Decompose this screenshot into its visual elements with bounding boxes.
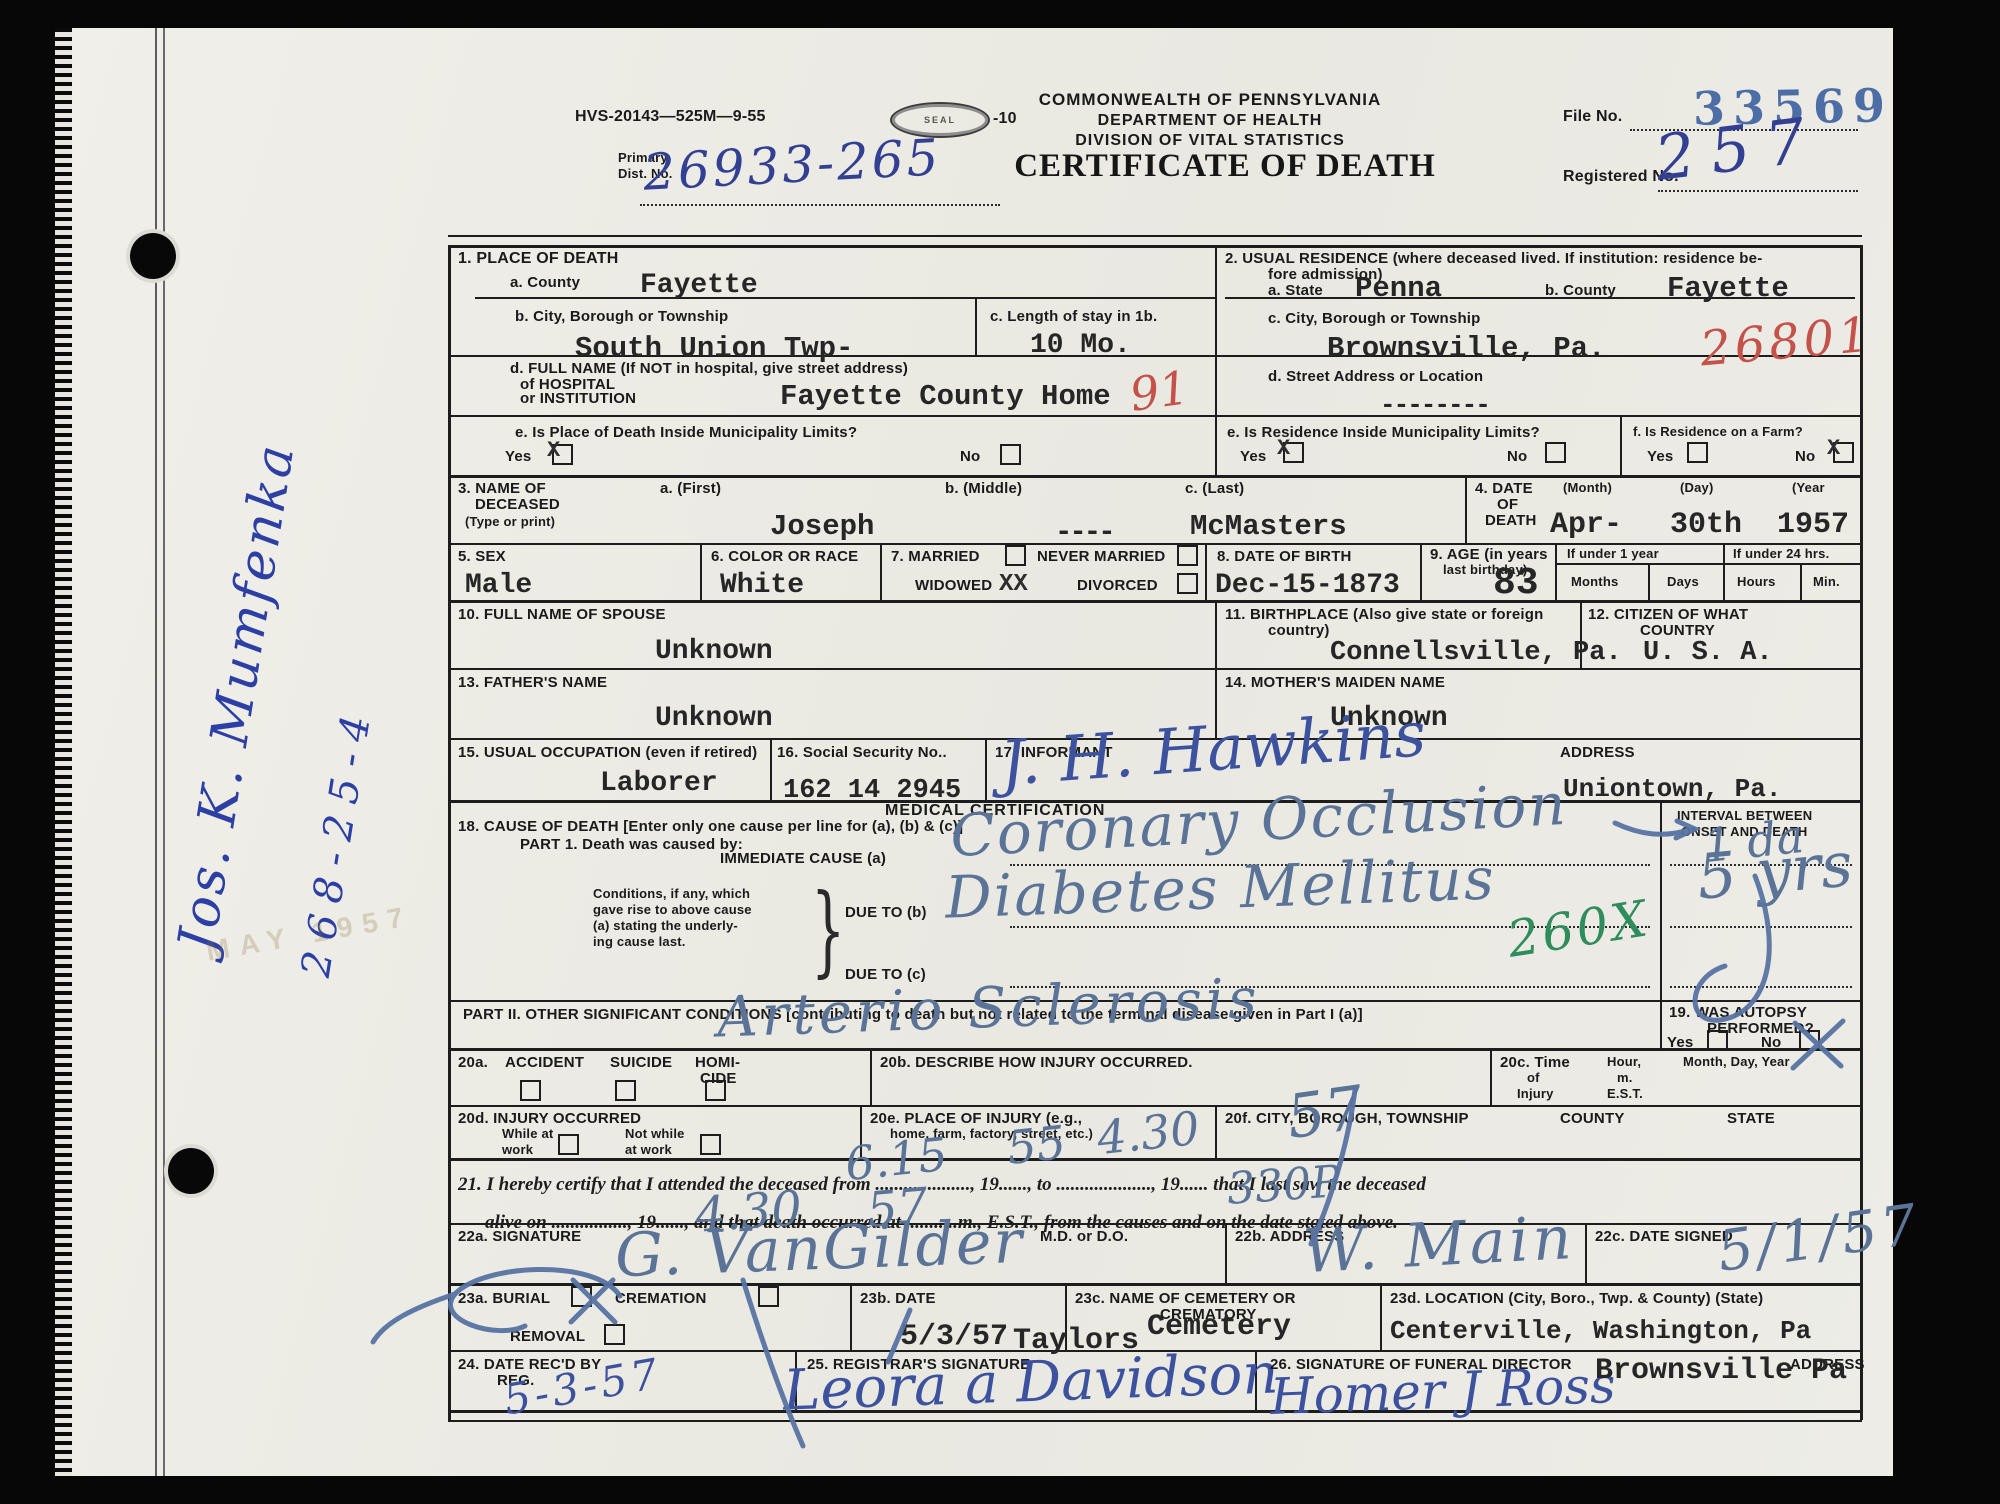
rule: [1420, 543, 1422, 600]
s6-label: 6. COLOR OR RACE: [711, 548, 858, 565]
s23c-value2: Cemetery: [1147, 1310, 1291, 1344]
s8-value: Dec-15-1873: [1215, 570, 1400, 601]
s23a-burial-checkbox[interactable]: [571, 1286, 592, 1307]
s20b-label: 20b. DESCRIBE HOW INJURY OCCURRED.: [880, 1054, 1193, 1071]
s7-widowed-label: WIDOWED: [915, 577, 992, 594]
rule: [700, 543, 702, 600]
dept-line2: DEPARTMENT OF HEALTH: [960, 112, 1460, 130]
s10-label: 10. FULL NAME OF SPOUSE: [458, 606, 666, 623]
rule: [448, 245, 451, 1420]
s18-immediate-label: IMMEDIATE CAUSE (a): [720, 850, 886, 867]
s7-divorced-checkbox[interactable]: [1177, 573, 1198, 594]
rule: [985, 738, 987, 800]
rule: [448, 1420, 1862, 1422]
punch-hole: [130, 233, 176, 279]
s2f-label: f. Is Residence on a Farm?: [1633, 424, 1803, 439]
s20a-accident-checkbox[interactable]: [520, 1080, 541, 1101]
s20d-not1: Not while: [625, 1126, 685, 1141]
s2d-value: --------: [1380, 390, 1489, 420]
code-handwriting: 260X: [1503, 889, 1653, 969]
s18-cond4: ing cause last.: [593, 934, 686, 949]
s3-label1: 3. NAME OF: [458, 480, 546, 497]
s1e-yes-label: Yes: [505, 448, 531, 465]
s11-label1: 11. BIRTHPLACE (Also give state or forei…: [1225, 606, 1543, 623]
s23d-value: Centerville, Washington, Pa: [1390, 1316, 1811, 1346]
margin-note: Jos. K. Mumfenka: [167, 438, 307, 955]
s7-never-label: NEVER MARRIED: [1037, 548, 1165, 565]
s4-label2: OF: [1497, 496, 1518, 513]
s22c-label: 22c. DATE SIGNED: [1595, 1228, 1733, 1245]
s20d-while-checkbox[interactable]: [558, 1134, 579, 1155]
s1d-label1: d. FULL NAME (If NOT in hospital, give s…: [510, 360, 908, 377]
rule: [448, 600, 1862, 603]
s19-yes-label: Yes: [1667, 1034, 1693, 1051]
s11-value: Connellsville, Pa.: [1330, 638, 1622, 668]
s6-value: White: [720, 570, 804, 601]
rule: [475, 297, 1215, 299]
s20c-mdy: Month, Day, Year: [1683, 1054, 1790, 1069]
s2c-value: Brownsville, Pa.: [1327, 332, 1605, 365]
rule: [1215, 1105, 1217, 1158]
s20c-label3: Injury: [1517, 1086, 1554, 1101]
s3-first-value: Joseph: [770, 510, 874, 543]
s1d-red-note: 91: [1127, 360, 1192, 422]
s2b-value: Fayette: [1667, 272, 1789, 305]
rule: [1800, 563, 1802, 600]
s21-to-year: 57: [1283, 1073, 1368, 1153]
dept-line1: COMMONWEALTH OF PENNSYLVANIA: [960, 90, 1460, 110]
rule: [770, 738, 772, 800]
s2c-label: c. City, Borough or Township: [1268, 310, 1481, 327]
rule: [448, 235, 1862, 237]
punch-hole: [168, 1148, 214, 1194]
s19-yes-checkbox[interactable]: [1707, 1030, 1728, 1051]
file-no-label: File No.: [1563, 108, 1622, 126]
s9-days-label: Days: [1667, 574, 1699, 589]
primary-dist-value: 26933-265: [642, 128, 943, 202]
s1d-value: Fayette County Home: [780, 380, 1111, 413]
s8-label: 8. DATE OF BIRTH: [1217, 548, 1352, 565]
s20c-hour: Hour,: [1607, 1054, 1641, 1069]
rule: [1490, 1048, 1492, 1105]
rule: [975, 297, 977, 355]
s2e-yes-label: Yes: [1240, 448, 1266, 465]
s3-middle-label: b. (Middle): [945, 480, 1022, 497]
s9-min-label: Min.: [1813, 574, 1840, 589]
s5-value: Male: [465, 570, 532, 601]
s26-funeral-director-signature: Homer J Ross: [1269, 1356, 1616, 1426]
s19-no-checkbox[interactable]: [1799, 1030, 1820, 1051]
serrated-edge: [55, 28, 72, 1476]
s22b-address: W. Main: [1301, 1203, 1577, 1287]
s2a-value: Penna: [1355, 272, 1442, 305]
s23a-cremation-label: CREMATION: [615, 1290, 707, 1307]
s3-middle-value: ----: [1055, 516, 1113, 549]
s2f-no-mark: X: [1827, 436, 1840, 461]
s2-title1: 2. USUAL RESIDENCE (where deceased lived…: [1225, 250, 1762, 267]
s1e-no-label: No: [960, 448, 980, 465]
s18-cond2: gave rise to above cause: [593, 902, 752, 917]
rule: [1723, 543, 1725, 600]
rule: [1380, 1283, 1382, 1350]
s20c-label2: of: [1527, 1070, 1540, 1085]
s20a-accident: ACCIDENT: [505, 1054, 584, 1071]
s18-cond1: Conditions, if any, which: [593, 886, 750, 901]
s20c-est: E.S.T.: [1607, 1086, 1643, 1101]
rule: [1620, 415, 1622, 475]
s7-widowed-mark: XX: [999, 571, 1028, 598]
s13-value: Unknown: [655, 703, 773, 734]
s5-label: 5. SEX: [458, 548, 506, 565]
rule: [448, 1048, 1862, 1051]
s17-address-value: Uniontown, Pa.: [1563, 774, 1781, 804]
s20a-suicide: SUICIDE: [610, 1054, 672, 1071]
s7-married-label: 7. MARRIED: [891, 548, 980, 565]
s19-no-label: No: [1761, 1034, 1781, 1051]
s23a-cremation-checkbox[interactable]: [758, 1286, 779, 1307]
s23a-removal-checkbox[interactable]: [604, 1324, 625, 1345]
s11-label2: country): [1268, 622, 1330, 639]
s21-time: 330P: [1225, 1156, 1342, 1215]
s9-under24-label: If under 24 hrs.: [1733, 546, 1829, 561]
s18-due-b-label: DUE TO (b): [845, 904, 927, 921]
rule: [1660, 800, 1662, 1048]
s10-value: Unknown: [655, 636, 773, 667]
s12-label2: COUNTRY: [1640, 622, 1715, 639]
s3-last-label: c. (Last): [1185, 480, 1244, 497]
s4-year-value: 1957: [1777, 508, 1849, 542]
s20c-label1: 20c. Time: [1500, 1054, 1570, 1071]
s2b-label: b. County: [1545, 282, 1616, 299]
s23d-label: 23d. LOCATION (City, Boro., Twp. & Count…: [1390, 1290, 1763, 1307]
primary-dist-line: [640, 204, 1000, 206]
interval-c-line: [1670, 986, 1852, 988]
s21-from-year: 55: [1004, 1115, 1068, 1175]
s9-under1-label: If under 1 year: [1567, 546, 1659, 561]
rule: [850, 1283, 852, 1350]
s20d-while2: work: [502, 1142, 533, 1157]
s1a-label: a. County: [510, 274, 580, 291]
s15-label: 15. USUAL OCCUPATION (even if retired): [458, 744, 757, 761]
s9-hours-label: Hours: [1737, 574, 1776, 589]
s22a-label: 22a. SIGNATURE: [458, 1228, 581, 1245]
rule: [1465, 475, 1467, 543]
s20d-while1: While at: [502, 1126, 553, 1141]
s23a-label: 23a. BURIAL: [458, 1290, 550, 1307]
certificate-paper: Jos. K. Mumfenka 268-25-4 MAY 1957 HVS-2…: [55, 28, 1893, 1476]
s20a-label: 20a.: [458, 1054, 488, 1071]
s23b-label: 23b. DATE: [860, 1290, 936, 1307]
rule: [1555, 543, 1557, 600]
death-certificate-scan: Jos. K. Mumfenka 268-25-4 MAY 1957 HVS-2…: [0, 0, 2000, 1504]
s15-value: Laborer: [600, 768, 718, 799]
rule: [1215, 245, 1217, 475]
s1c-label: c. Length of stay in 1b.: [990, 308, 1157, 325]
s23c-label1: 23c. NAME OF CEMETERY OR: [1075, 1290, 1296, 1307]
s20f-state: STATE: [1727, 1110, 1775, 1127]
s14-label: 14. MOTHER'S MAIDEN NAME: [1225, 674, 1445, 691]
s23a-removal-label: REMOVAL: [510, 1328, 585, 1345]
s9-value: 83: [1493, 562, 1539, 605]
rule: [448, 543, 1862, 545]
rule: [880, 543, 882, 600]
s7-never-checkbox[interactable]: [1177, 545, 1198, 566]
s4-month-label: (Month): [1563, 480, 1612, 495]
s2f-yes-label: Yes: [1647, 448, 1673, 465]
seal-text: SEAL: [924, 115, 956, 125]
s22a-signature: G. VanGilder: [614, 1207, 1025, 1291]
rule: [1205, 543, 1207, 600]
s4-year-label: (Year: [1792, 480, 1825, 495]
s1e-yes-mark: X: [547, 438, 560, 463]
s1-title: 1. PLACE OF DEATH: [458, 250, 618, 268]
s2e-no-label: No: [1507, 448, 1527, 465]
s3-last-value: McMasters: [1190, 510, 1347, 543]
rule: [870, 1048, 872, 1105]
s20a-homicide-checkbox[interactable]: [705, 1080, 726, 1101]
s4-label1: 4. DATE: [1475, 480, 1533, 497]
certificate-title: CERTIFICATE OF DEATH: [1005, 148, 1445, 185]
s1c-value: 10 Mo.: [1030, 330, 1131, 361]
s20d-not2: at work: [625, 1142, 672, 1157]
s23b-value: 5/3/57: [900, 1320, 1008, 1354]
s20d-label: 20d. INJURY OCCURRED: [458, 1110, 641, 1127]
registered-no-value: 257: [1651, 102, 1825, 195]
s2a-label: a. State: [1268, 282, 1323, 299]
s13-label: 13. FATHER'S NAME: [458, 674, 607, 691]
s2f-no-label: No: [1795, 448, 1815, 465]
s1a-value: Fayette: [640, 270, 758, 301]
rule: [448, 245, 1862, 248]
brace-glyph: }: [811, 874, 845, 988]
interval-b-handwriting: 5 yrs: [1694, 827, 1855, 913]
s20c-m: m.: [1617, 1070, 1633, 1085]
s22c-date: 5/1/57: [1713, 1192, 1924, 1285]
s4-month-value: Apr-: [1550, 508, 1622, 542]
s21-to-month: 4.30: [1094, 1101, 1202, 1165]
s2e-no-checkbox[interactable]: [1545, 442, 1566, 463]
s7-divorced-label: DIVORCED: [1077, 577, 1158, 594]
s18-cond3: (a) stating the underly-: [593, 918, 738, 933]
s2e-label: e. Is Residence Inside Municipality Limi…: [1227, 424, 1540, 441]
part2-handwriting: Arterio Sclerosis: [716, 967, 1262, 1051]
s1e-no-checkbox[interactable]: [1000, 444, 1021, 465]
rule: [1585, 1223, 1587, 1283]
s9-months-label: Months: [1571, 574, 1618, 589]
s1e-label: e. Is Place of Death Inside Municipality…: [515, 424, 857, 441]
s3-label2: DECEASED: [475, 496, 560, 513]
s1b-label: b. City, Borough or Township: [515, 308, 728, 325]
s20f-county: COUNTY: [1560, 1110, 1625, 1127]
s17-address-label: ADDRESS: [1560, 744, 1635, 761]
s12-value: U. S. A.: [1643, 638, 1773, 668]
s2f-yes-checkbox[interactable]: [1687, 442, 1708, 463]
interval-b-line: [1670, 926, 1852, 928]
rule: [448, 668, 1862, 670]
s4-day-label: (Day): [1680, 480, 1714, 495]
s18-cause-label: 18. CAUSE OF DEATH [Enter only one cause…: [458, 818, 963, 835]
s26-address-value: Brownsville Pa: [1595, 1354, 1847, 1388]
rule: [448, 475, 1862, 478]
s1d-label3: or INSTITUTION: [520, 390, 636, 407]
s22-md-label: M.D. or D.O.: [1040, 1228, 1128, 1245]
s2d-label: d. Street Address or Location: [1268, 368, 1483, 385]
s2e-yes-mark: X: [1277, 436, 1290, 461]
rule: [1648, 563, 1650, 600]
s3-label3: (Type or print): [465, 514, 555, 529]
s4-day-value: 30th: [1670, 508, 1742, 542]
s19-label1: 19. WAS AUTOPSY: [1669, 1004, 1807, 1021]
s2c-red-note: 26801: [1698, 307, 1875, 378]
s4-label3: DEATH: [1485, 512, 1537, 529]
s9-label1: 9. AGE (in years: [1430, 546, 1548, 563]
s20d-not-checkbox[interactable]: [700, 1134, 721, 1155]
s7-married-checkbox[interactable]: [1005, 545, 1026, 566]
s20a-homi: HOMI-: [695, 1054, 740, 1071]
rule: [1555, 563, 1862, 565]
s16-label: 16. Social Security No..: [777, 744, 947, 761]
s3-first-label: a. (First): [660, 480, 721, 497]
form-number: HVS-20143—525M—9-55: [575, 108, 766, 126]
s20a-suicide-checkbox[interactable]: [615, 1080, 636, 1101]
s12-label1: 12. CITIZEN OF WHAT: [1588, 606, 1748, 623]
s18-part1-label: PART 1. Death was caused by:: [520, 836, 743, 853]
